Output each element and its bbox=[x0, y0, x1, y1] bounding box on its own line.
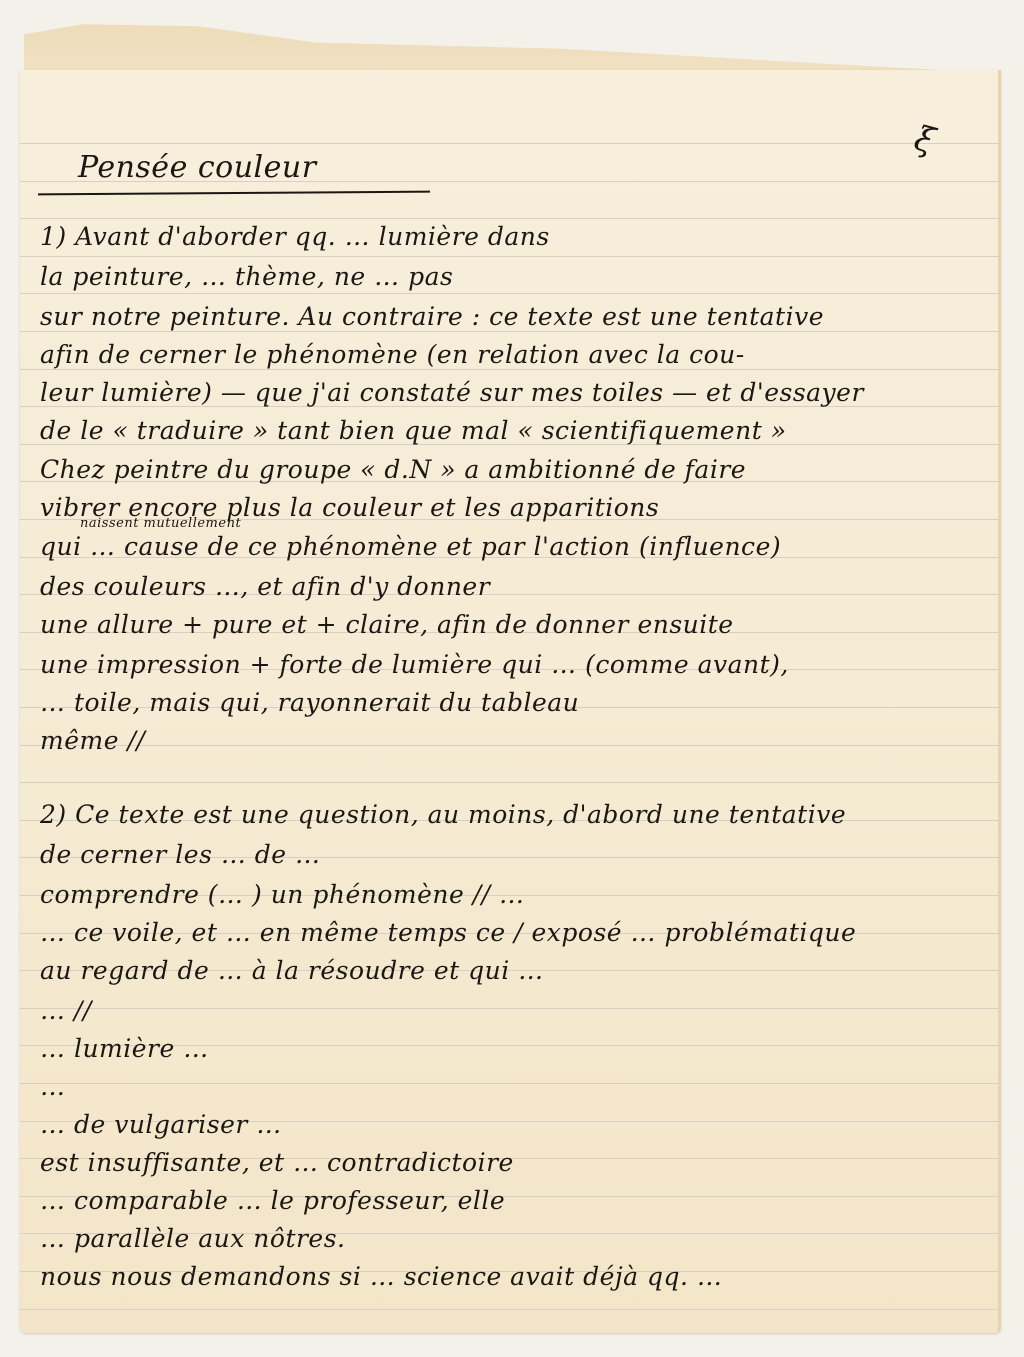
manuscript-line: est insuffisante, et … contradictoire bbox=[40, 1148, 514, 1177]
manuscript-line: afin de cerner le phénomène (en relation… bbox=[40, 340, 745, 369]
interlinear-annotation: naissent mutuellement bbox=[80, 516, 241, 531]
manuscript-line: … de vulgariser … bbox=[40, 1110, 282, 1139]
manuscript-line: sur notre peinture. Au contraire : ce te… bbox=[40, 302, 824, 331]
ruled-line bbox=[20, 331, 998, 332]
ruled-line bbox=[20, 1008, 998, 1009]
manuscript-line: … lumière … bbox=[40, 1034, 209, 1063]
manuscript-line: qui … cause de ce phénomène et par l'act… bbox=[40, 532, 781, 561]
ruled-line bbox=[20, 782, 998, 783]
manuscript-line: nous nous demandons si … science avait d… bbox=[40, 1262, 722, 1291]
ruled-line bbox=[20, 1309, 998, 1310]
manuscript-line: de cerner les … de … bbox=[40, 840, 321, 869]
manuscript-line: … ce voile, et … en même temps ce / expo… bbox=[40, 918, 856, 947]
manuscript-line: 1) Avant d'aborder qq. … lumière dans bbox=[40, 222, 550, 251]
ruled-line bbox=[20, 256, 998, 257]
manuscript-line: … // bbox=[40, 996, 92, 1025]
manuscript-line: de le « traduire » tant bien que mal « s… bbox=[40, 416, 787, 445]
manuscript-line: … comparable … le professeur, elle bbox=[40, 1186, 505, 1215]
manuscript-line: une impression + forte de lumière qui … … bbox=[40, 650, 789, 679]
ruled-line bbox=[20, 745, 998, 746]
manuscript-line: au regard de … à la résoudre et qui … bbox=[40, 956, 544, 985]
manuscript-line: comprendre (… ) un phénomène // … bbox=[40, 880, 525, 909]
manuscript-line: même // bbox=[40, 726, 145, 755]
ruled-line bbox=[20, 1083, 998, 1084]
manuscript-line: la peinture, … thème, ne … pas bbox=[40, 262, 453, 291]
manuscript-line: … bbox=[40, 1072, 66, 1101]
ruled-line bbox=[20, 293, 998, 294]
ruled-line bbox=[20, 143, 998, 144]
manuscript-line: … parallèle aux nôtres. bbox=[40, 1224, 346, 1253]
manuscript-line: … toile, mais qui, rayonnerait du tablea… bbox=[40, 688, 579, 717]
ruled-line bbox=[20, 218, 998, 219]
manuscript-line: leur lumière) — que j'ai constaté sur me… bbox=[40, 378, 864, 407]
manuscript-line: Chez peintre du groupe « d.N » a ambitio… bbox=[40, 455, 746, 484]
page-title: Pensée couleur bbox=[78, 150, 317, 185]
manuscript-line: des couleurs …, et afin d'y donner bbox=[40, 572, 490, 601]
manuscript-line: une allure + pure et + claire, afin de d… bbox=[40, 610, 734, 639]
manuscript-line: 2) Ce texte est une question, au moins, … bbox=[40, 800, 846, 829]
